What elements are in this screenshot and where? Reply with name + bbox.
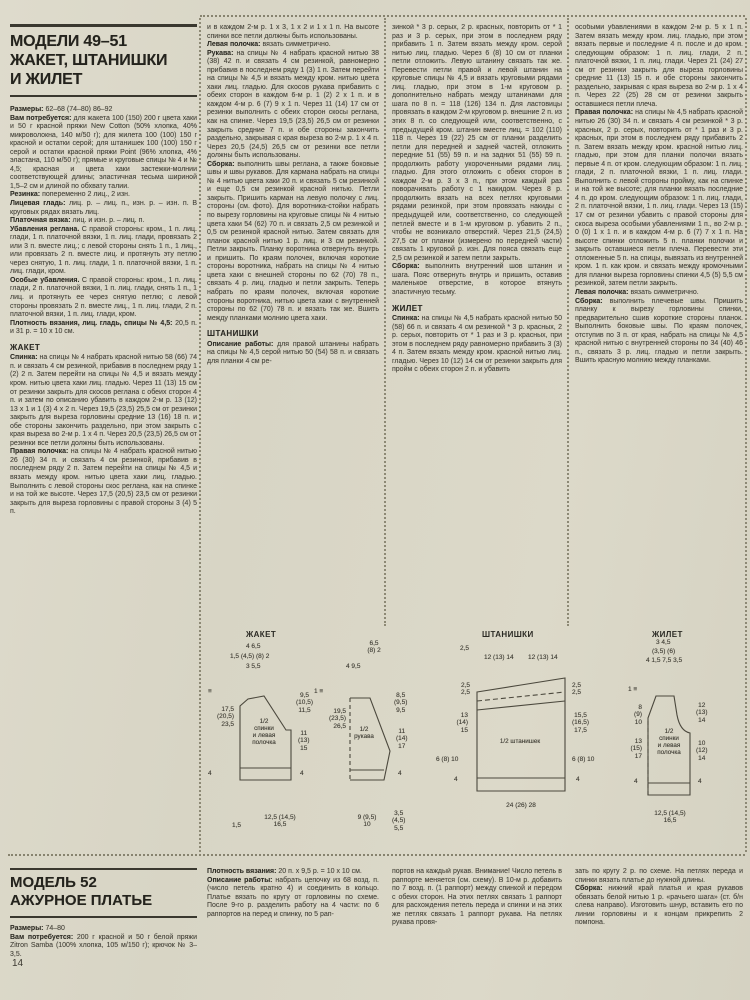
measurement-label: 6 (8) 10 <box>572 756 594 763</box>
paragraph-lead: Правая полочка: <box>575 109 633 116</box>
title-line: И ЖИЛЕТ <box>10 70 197 89</box>
paragraph-lead: Спинка: <box>10 354 38 361</box>
measurement-label: 4 1,5 7,5 3,5 <box>646 657 682 664</box>
column-1: МОДЕЛИ 49–51 ЖАКЕТ, ШТАНИШКИ И ЖИЛЕТ Раз… <box>10 24 197 848</box>
paragraph: Сборка: выполнить внутренний шов штанин … <box>392 263 562 297</box>
diagram-header-jacket: ЖАКЕТ <box>246 630 276 639</box>
paragraph-lead: Плотность вязания: <box>207 868 276 875</box>
article-title: МОДЕЛИ 49–51 ЖАКЕТ, ШТАНИШКИ И ЖИЛЕТ <box>10 24 197 97</box>
column-1-text: Размеры: 62–68 (74–80) 86–92 Вам потребу… <box>10 106 197 517</box>
paragraph: Особые убавления. С правой стороны: кром… <box>10 277 197 320</box>
measurement-label: 12,5 (14,5) 16,5 <box>248 814 312 829</box>
paragraph: портов на каждый рукав. Внимание! Число … <box>392 868 562 928</box>
paragraph-lead: Описание работы: <box>207 877 273 884</box>
measurement-label: 12,5 (14,5) 16,5 <box>638 810 702 825</box>
paragraph-text: выполнить плечевые швы. Пришить планку к… <box>575 298 743 365</box>
paragraph-text: 20 п. x 9,5 р. = 10 x 10 см. <box>276 868 361 875</box>
measurement-label: 12 (13) 14 <box>528 654 558 661</box>
paragraph-lead: Правая полочка: <box>10 448 68 455</box>
diagram-header-vest: ЖИЛЕТ <box>652 630 683 639</box>
measurement-label: 12 (13) 14 <box>484 654 514 661</box>
paragraph: ЖИЛЕТ <box>392 305 562 314</box>
paragraph-lead: Платочная вязка: <box>10 217 71 224</box>
shape-label-jacket-body: 1/2 спинки и левая полочка <box>242 718 286 746</box>
paragraph: особыми убавлениями в каждом 2-м р. 5 x … <box>575 24 743 109</box>
paragraph-lead: Вам потребуется: <box>10 934 73 941</box>
title-line: МОДЕЛИ 49–51 <box>10 32 197 51</box>
measurement-label: 12 (13) 14 <box>696 702 708 724</box>
page-number: 14 <box>12 958 23 969</box>
shape-label-pants: 1/2 штанишек <box>490 738 550 745</box>
paragraph: Описание работы: для правой штанины набр… <box>207 341 379 367</box>
paragraph-lead: Сборка: <box>575 298 603 305</box>
paragraph: Сборка: нижний край платья и края рукаво… <box>575 885 743 928</box>
measurement-label: 1,5 (4,5) (8) 2 <box>230 653 269 660</box>
paragraph-text: на спицы № 4,5 набрать красной нитью 50 … <box>392 315 562 373</box>
measurement-label: 4 <box>634 778 638 785</box>
paragraph-text: на спицы № 4 набрать красной нитью 26 (3… <box>10 448 197 515</box>
measurement-label: 6,5 (8) 2 <box>356 640 392 655</box>
diagram-header-pants: ШТАНИШКИ <box>482 630 534 639</box>
measurement-label: 10 (12) 14 <box>696 740 708 762</box>
paragraph: Размеры: 62–68 (74–80) 86–92 <box>10 106 197 115</box>
fold-mark: 1 ≡ <box>628 686 637 693</box>
measurement-label: (3,5) (6) <box>652 648 675 655</box>
measurement-label: 4 <box>576 776 580 783</box>
measurement-label: 3,5 (4,5) 5,5 <box>392 810 405 832</box>
paragraph-lead: Лицевая гладь: <box>10 200 65 207</box>
paragraph-text: 62–68 (74–80) 86–92 <box>44 106 113 113</box>
paragraph-text: на спицы № 4 набрать красной нитью 38 (3… <box>207 50 379 160</box>
column-2: и в каждом 2-м р. 1 x 3, 1 x 2 и 1 x 1 п… <box>207 24 379 626</box>
paragraph: зинкой * 3 р. серых, 2 р. красных, повто… <box>392 24 562 263</box>
paragraph-lead: Размеры: <box>10 106 44 113</box>
measurement-label: 1,5 <box>232 822 241 829</box>
model52-column-1: МОДЕЛЬ 52 АЖУРНОЕ ПЛАТЬЕ Размеры: 74–80 … <box>10 868 197 980</box>
paragraph-lead: Размеры: <box>10 925 44 932</box>
measurement-label: 3 4,5 <box>656 639 670 646</box>
paragraph: Лицевая гладь: лиц. р. – лиц. п., изн. р… <box>10 200 197 217</box>
title-line: ЖАКЕТ, ШТАНИШКИ <box>10 51 197 70</box>
title-line: АЖУРНОЕ ПЛАТЬЕ <box>10 892 197 910</box>
paragraph-lead: Резинка: <box>10 191 40 198</box>
paragraph-text: особыми убавлениями в каждом 2-м р. 5 x … <box>575 24 743 108</box>
measurement-label: 11 (13) 15 <box>298 730 310 752</box>
paragraph: Вам потребуется: 200 г красной и 50 г бе… <box>10 934 197 960</box>
paragraph-lead: Убавления реглана. <box>10 226 79 233</box>
measurement-label: 9 (9,5) 10 <box>346 814 388 829</box>
paragraph: Размеры: 74–80 <box>10 925 197 934</box>
title-line: МОДЕЛЬ 52 <box>10 874 197 892</box>
paragraph-text: С правой стороны: кром., 1 п. лиц. глади… <box>10 226 197 276</box>
section-heading: ШТАНИШКИ <box>207 330 379 339</box>
paragraph: Левая полочка: вязать симметрично. <box>575 289 743 298</box>
paragraph-text: вязать симметрично. <box>629 289 699 296</box>
paragraph-text: и в каждом 2-м р. 1 x 3, 1 x 2 и 1 x 1 п… <box>207 24 379 40</box>
pants-outline <box>477 678 565 791</box>
measurement-label: 17,5 (20,5) 23,5 <box>200 706 234 728</box>
knitting-schematics: ЖАКЕТ ШТАНИШКИ ЖИЛЕТ 4 6,5 1,5 (4,5) (8)… <box>200 620 748 856</box>
paragraph-text: вязать симметрично. <box>261 41 331 48</box>
paragraph-text: лиц. и изн. р. – лиц. п. <box>71 217 145 224</box>
model52-column-4: зать по кругу 2 р. по схеме. На петлях п… <box>575 868 743 980</box>
paragraph-lead: Особые убавления. <box>10 277 79 284</box>
paragraph-text: попеременно 2 лиц., 2 изн. <box>40 191 130 198</box>
paragraph: Спинка: на спицы № 4,5 набрать красной н… <box>392 315 562 375</box>
paragraph: Спинка: на спицы № 4 набрать красной нит… <box>10 354 197 448</box>
shape-label-jacket-sleeve: 1/2 рукава <box>346 726 382 740</box>
section-heading: ЖИЛЕТ <box>392 305 562 314</box>
measurement-label: 24 (26) 28 <box>492 802 550 809</box>
measurement-label: 13 (15) 17 <box>624 738 642 760</box>
paragraph-lead: Спинка: <box>392 315 420 322</box>
paragraph: Рукава: на спицы № 4 набрать красной нит… <box>207 50 379 161</box>
measurement-label: 4 <box>300 770 304 777</box>
measurement-label: 6 (8) 10 <box>436 756 458 763</box>
measurement-label: 4 <box>454 776 458 783</box>
paragraph-lead: Сборка: <box>392 263 420 270</box>
paragraph-lead: Вам потребуется: <box>10 115 71 122</box>
model52-column-1-text: Размеры: 74–80 Вам потребуется: 200 г кр… <box>10 925 197 959</box>
paragraph-text: на спицы № 4,5 набрать красной нитью 26 … <box>575 109 743 287</box>
paragraph-lead: Плотность вязания, лиц. гладь, спицы № 4… <box>10 320 173 327</box>
paragraph: Убавления реглана. С правой стороны: кро… <box>10 226 197 277</box>
measurement-label: 8 (9) 10 <box>628 704 642 726</box>
paragraph: зать по кругу 2 р. по схеме. На петлях п… <box>575 868 743 885</box>
measurement-label: 15,5 (16,5) 17,5 <box>572 712 589 734</box>
paragraph: Левая полочка: вязать симметрично. <box>207 41 379 50</box>
paragraph-lead: Рукава: <box>207 50 233 57</box>
paragraph: ЖАКЕТ <box>10 344 197 353</box>
magazine-page: { "page": { "number": "14" }, "main": { … <box>0 0 750 1000</box>
fold-mark: 1 ≡ <box>314 688 323 695</box>
measurement-label: 4 <box>398 770 402 777</box>
paragraph-text: зинкой * 3 р. серых, 2 р. красных, повто… <box>392 24 562 262</box>
section-heading: ЖАКЕТ <box>10 344 197 353</box>
measurement-label: 4 6,5 <box>246 643 260 650</box>
paragraph-lead: Левая полочка: <box>207 41 261 48</box>
column-separator-2 <box>384 18 386 626</box>
paragraph: Правая полочка: на спицы № 4,5 набрать к… <box>575 109 743 288</box>
model52-column-3: портов на каждый рукав. Внимание! Число … <box>392 868 562 980</box>
measurement-label: 19,5 (23,5) 26,5 <box>308 708 346 730</box>
paragraph-lead: Сборка: <box>575 885 603 892</box>
paragraph: Правая полочка: на спицы № 4 набрать кра… <box>10 448 197 516</box>
top-dotted-border <box>200 15 745 17</box>
measurement-label: 2,5 <box>460 645 469 652</box>
paragraph-lead: Сборка: <box>207 161 235 168</box>
paragraph-lead: Описание работы: <box>207 341 273 348</box>
paragraph-text: портов на каждый рукав. Внимание! Число … <box>392 868 562 926</box>
column-separator-3 <box>567 18 569 626</box>
paragraph: Платочная вязка: лиц. и изн. р. – лиц. п… <box>10 217 197 226</box>
column-4: особыми убавлениями в каждом 2-м р. 5 x … <box>575 24 743 626</box>
paragraph: ШТАНИШКИ <box>207 330 379 339</box>
fold-mark: ≡ <box>208 688 212 695</box>
paragraph-text: на спицы № 4 набрать красной нитью 58 (6… <box>10 354 197 446</box>
paragraph: Плотность вязания: 20 п. x 9,5 р. = 10 x… <box>207 868 379 877</box>
measurement-label: 4 <box>698 778 702 785</box>
paragraph-text: 74–80 <box>44 925 65 932</box>
measurement-label: 8,5 (9,5) 9,5 <box>394 692 407 714</box>
paragraph-text: зать по кругу 2 р. по схеме. На петлях п… <box>575 868 743 884</box>
paragraph: Вам потребуется: для жакета 100 (150) 20… <box>10 115 197 192</box>
measurement-label: 2,5 2,5 <box>448 682 470 697</box>
measurement-label: 4 9,5 <box>346 663 360 670</box>
model52-title: МОДЕЛЬ 52 АЖУРНОЕ ПЛАТЬЕ <box>10 868 197 918</box>
paragraph-lead: Левая полочка: <box>575 289 629 296</box>
paragraph-text: для жакета 100 (150) 200 г цвета хаки и … <box>10 115 197 190</box>
paragraph: Описание работы: набрать цепочку из 68 в… <box>207 877 379 920</box>
measurement-label: 11 (14) 17 <box>396 728 408 750</box>
measurement-label: 3 5,5 <box>246 663 260 670</box>
measurement-label: 13 (14) 15 <box>446 712 468 734</box>
measurement-label: 2,5 2,5 <box>572 682 581 697</box>
column-3: зинкой * 3 р. серых, 2 р. красных, повто… <box>392 24 562 626</box>
paragraph-text: выполнить швы реглана, а также боковые ш… <box>207 161 379 322</box>
paragraph: Сборка: выполнить швы реглана, а также б… <box>207 161 379 323</box>
paragraph: Резинка: попеременно 2 лиц., 2 изн. <box>10 191 197 200</box>
paragraph: Плотность вязания, лиц. гладь, спицы № 4… <box>10 320 197 337</box>
shape-label-vest: 1/2 спинки и левая полочка <box>648 728 690 756</box>
paragraph: и в каждом 2-м р. 1 x 3, 1 x 2 и 1 x 1 п… <box>207 24 379 41</box>
paragraph: Сборка: выполнить плечевые швы. Пришить … <box>575 298 743 366</box>
measurement-label: 4 <box>208 770 212 777</box>
model52-column-2: Плотность вязания: 20 п. x 9,5 р. = 10 x… <box>207 868 379 980</box>
